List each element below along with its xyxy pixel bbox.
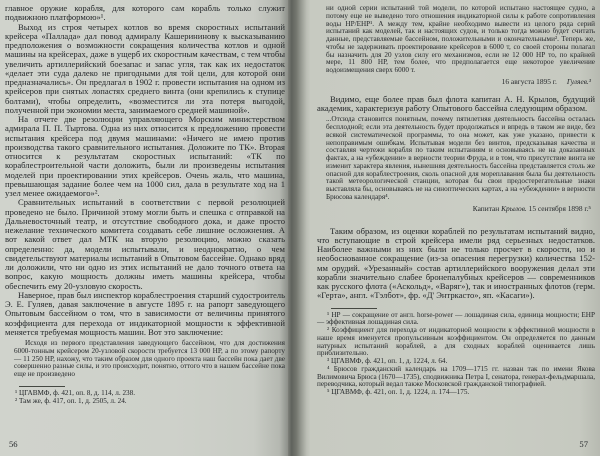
page-right: ни одной серии испытаний той модели, по …: [310, 0, 600, 456]
paragraph: На отчете две резолюции управляющего Мор…: [5, 115, 285, 198]
left-page-body: главное оружие корабля, для которого сам…: [5, 4, 285, 337]
footnote: ⁴ Брюсов гражданский календарь на 1709—1…: [317, 366, 595, 389]
footnote: ² Там же, ф. 417, оп. 1, д. 2505, л. 24.: [5, 398, 285, 406]
signature-date: 16 августа 1895 г.: [502, 77, 557, 86]
footnote-rule: [331, 308, 377, 309]
signature-krylov: Капитан Крылов. 15 сентября 1898 г.⁵: [326, 205, 591, 213]
right-footnotes: ¹ НР — сокращение от англ. horse-power —…: [317, 312, 595, 397]
footnote: ² Коэффициент для перехода от индикаторн…: [317, 327, 595, 358]
footnote: ⁵ ЦГАВМФ, ф. 421, оп. 1, д. 1224, л. 174…: [317, 389, 595, 397]
signature-date: 15 сентября 1898 г.⁵: [529, 204, 591, 213]
krylov-quote: ...Отсюда становится понятным, почему пя…: [326, 116, 595, 212]
signature-name: Крылов.: [501, 204, 527, 213]
gutter-shadow: [288, 0, 310, 456]
signature-name: Гуляев.³: [567, 77, 591, 86]
page-number-right: 57: [579, 439, 588, 449]
page-left: главное оружие корабля, для которого сам…: [0, 0, 288, 456]
left-footnotes: ¹ ЦГАВМФ, ф. 421, оп. 8, д. 114, л. 238.…: [5, 390, 285, 406]
right-page-conclusion: Таким образом, из оценки кораблей по рез…: [317, 227, 595, 301]
right-page-body: Видимо, еще более прав был флота капитан…: [317, 95, 595, 114]
paragraph: Видимо, еще более прав был флота капитан…: [317, 95, 595, 114]
block-quote: Исходя из первого представления заведующ…: [14, 340, 285, 379]
page-number-left: 56: [9, 439, 18, 449]
block-quote: ...Отсюда становится понятным, почему пя…: [326, 116, 595, 201]
paragraph: Таким образом, из оценки кораблей по рез…: [317, 227, 595, 301]
block-quote: ни одной серии испытаний той модели, по …: [326, 5, 595, 75]
footnote: ¹ НР — сокращение от англ. horse-power —…: [317, 312, 595, 328]
signature-gulyaev: 16 августа 1895 г.Гуляев.³: [317, 78, 591, 86]
footnote-rule: [19, 386, 65, 387]
paragraph: Выход из строя четырех котлов во время с…: [5, 23, 285, 116]
book-spread: главное оружие корабля, для которого сам…: [0, 0, 600, 456]
gulyaev-quote-start: Исходя из первого представления заведующ…: [14, 340, 285, 379]
paragraph: главное оружие корабля, для которого сам…: [5, 4, 285, 23]
paragraph: Наверное, прав был инспектор кораблестро…: [5, 291, 285, 337]
paragraph: Сравнительных испытаний в соответствии с…: [5, 198, 285, 291]
gulyaev-quote-continuation: ни одной серии испытаний той модели, по …: [326, 5, 595, 75]
signature-rank: Капитан: [473, 204, 499, 213]
